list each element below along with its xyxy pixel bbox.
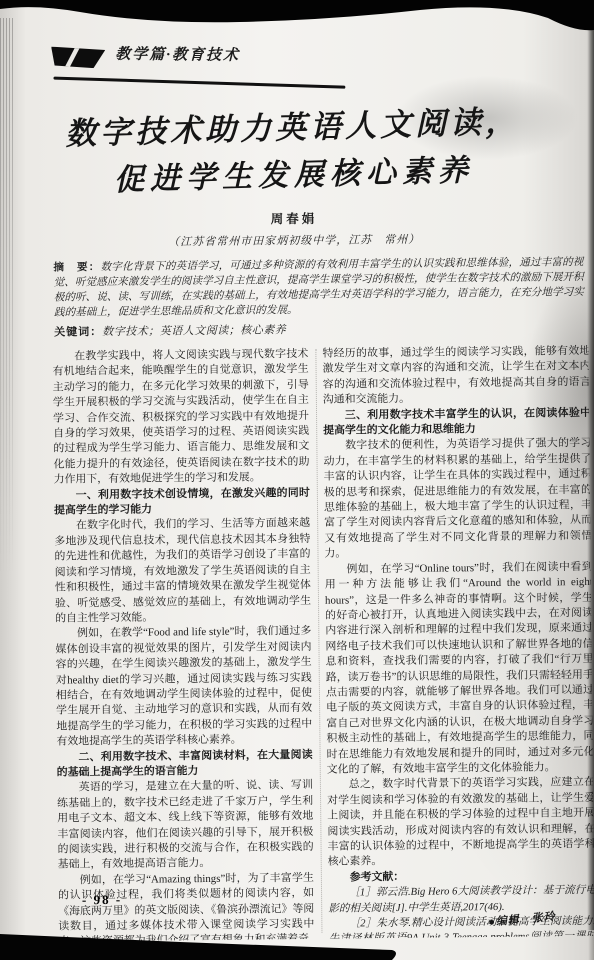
body-column-left: 在教学实践中，将人文阅读实践与现代数字技术有机地结合起来，能唤醒学生的自觉意识，… (52, 347, 314, 942)
abstract-text: 数字化背景下的英语学习，可通过多种资源的有效利用丰富学生的认识实践和思维体验，通… (54, 257, 584, 319)
body-paragraph: 例如，在教学“Food and life style”时，我们通过多媒体创设丰富… (55, 624, 312, 750)
author-name: 周春娟 (0, 206, 591, 230)
keywords-text: 数字技术；英语人文阅读；核心素养 (102, 324, 286, 338)
body-paragraph: 总之，数字时代背景下的英语学习实践，应建立在对学生阅读和学习体验的有效激发的基础… (327, 775, 594, 870)
two-column-body: 在教学实践中，将人文阅读实践与现代数字技术有机地结合起来，能唤醒学生的自觉意识，… (52, 344, 594, 942)
page-bottom-edge-shadow (0, 928, 594, 960)
column-divider (315, 349, 322, 933)
keywords: 关键词：数字技术；英语人文阅读；核心素养 (54, 318, 584, 340)
body-column-right: 特经历的故事，通过学生的阅读学习实践，能够有效地激发学生对文章内容的沟通和交流，… (322, 344, 594, 939)
body-paragraph: 在数字化时代，我们的学习、生活等方面越来越多地涉及现代信息技术，现代信息技术因其… (54, 516, 311, 627)
page-top-edge-shadow (0, 0, 594, 40)
article-content: 教学篇·教育技术 数字技术助力英语人文阅读， 促进学生发展核心素养 周春娟 （江… (0, 23, 594, 942)
paper-background: 教学篇·教育技术 数字技术助力英语人文阅读， 促进学生发展核心素养 周春娟 （江… (0, 0, 594, 960)
book-binding-striations (0, 18, 14, 578)
body-paragraph: 例如，在学习“Online tours”时，我们在阅读中看到用一种方法能够让我们… (325, 560, 594, 778)
page-right-edge-shadow (587, 30, 594, 930)
section-heading: 三、利用数字技术丰富学生的认识，在阅读体验中提高学生的文化能力和思维能力 (323, 406, 591, 440)
scanned-journal-page: 教学篇·教育技术 数字技术助力英语人文阅读， 促进学生发展核心素养 周春娟 （江… (0, 0, 594, 960)
body-paragraph: 在教学实践中，将人文阅读实践与现代数字技术有机地结合起来，能唤醒学生的自觉意识，… (52, 347, 309, 488)
section-heading: 一、利用数字技术创设情境，在激发兴趣的同时提高学生的学习能力 (54, 486, 310, 519)
author-affiliation: （江苏省常州市田家炳初级中学，江苏 常州） (0, 229, 591, 251)
section-heading: 二、利用数字技术、丰富阅读材料，在大量阅读的基础上提高学生的语言能力 (57, 747, 313, 780)
body-paragraph: 英语的学习，是建立在大量的听、说、读、写训练基础上的，数字技术已经走进了千家万户… (57, 778, 314, 873)
section-logo-icon (51, 46, 105, 69)
keywords-label: 关键词： (54, 326, 102, 339)
masthead-rule (53, 77, 345, 89)
body-paragraph: 数字技术的便利性，为英语学习提供了强大的学习动力，在丰富学生的材料积累的基础上，… (323, 436, 592, 562)
page-number: - 98 - (82, 892, 122, 908)
abstract-label: 摘 要： (53, 262, 100, 273)
body-paragraph: 特经历的故事，通过学生的阅读学习实践，能够有效地激发学生对文章内容的沟通和交流，… (322, 344, 591, 408)
article-title: 数字技术助力英语人文阅读， 促进学生发展核心素养 (0, 96, 592, 209)
abstract: 摘 要：数字化背景下的英语学习，可通过多种资源的有效利用丰富学生的认识实践和思维… (53, 255, 584, 321)
masthead: 教学篇·教育技术 (49, 37, 590, 95)
section-tag: 教学篇·教育技术 (115, 43, 240, 65)
